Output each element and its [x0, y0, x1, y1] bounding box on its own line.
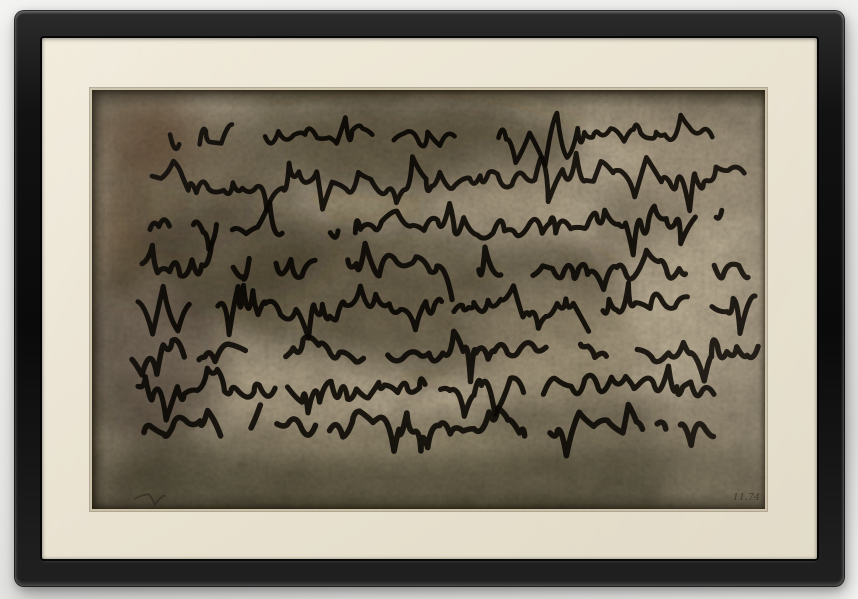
wall-background: 11.74	[0, 0, 858, 599]
mat-board: 11.74	[42, 38, 817, 559]
mat-opening: 11.74	[90, 88, 767, 511]
picture-frame: 11.74	[14, 10, 845, 587]
vignette-overlay	[92, 90, 765, 509]
painting-canvas: 11.74	[92, 90, 765, 509]
date-inscription: 11.74	[733, 492, 760, 503]
